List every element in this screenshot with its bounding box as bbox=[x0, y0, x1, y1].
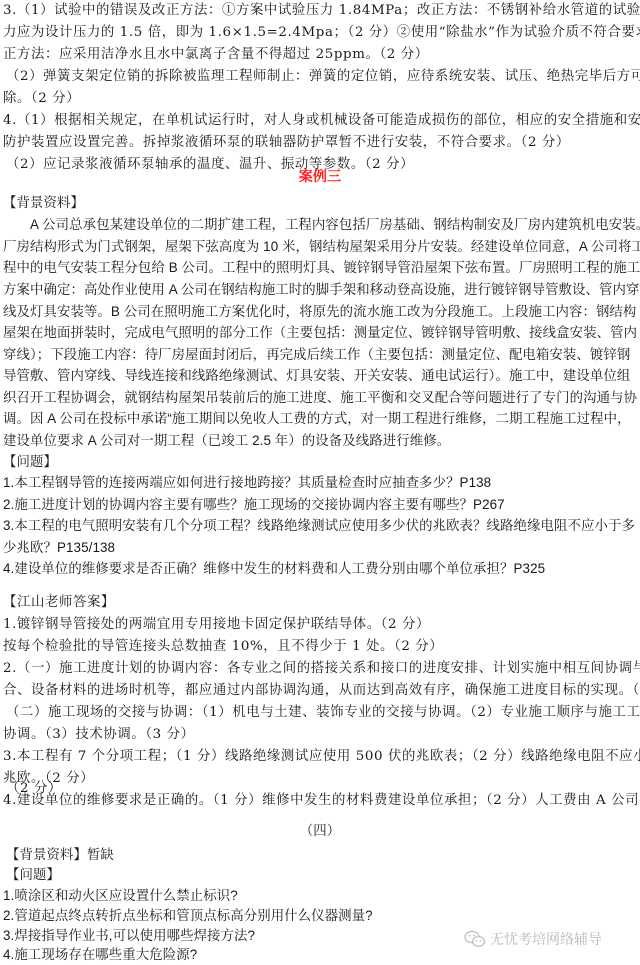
case3-questions-label: 【问题】 bbox=[3, 453, 636, 471]
case4-questions-label: 【问题】 bbox=[6, 866, 636, 884]
case3-background-line: 厂房结构形式为门式钢架，屋架下弦高度为 10 米，钢结构屋架采用分片安装。经建设… bbox=[3, 238, 636, 256]
case3-question: 少兆欧？P135/138 bbox=[3, 539, 636, 557]
case3-answer-line: 1.镀锌钢导管接处的两端宜用专用接地卡固定保护联结导体。（2 分） bbox=[3, 616, 636, 634]
case4-question: 1.喷涂区和动火区应设置什么禁止标识? bbox=[3, 887, 636, 905]
case3-answer-line: （二）施工现场的交接与协调：（1）机电与土建、装饰专业的交接与协调。（2）专业施… bbox=[6, 704, 636, 722]
case3-question: 1.本工程钢导管的连接两端应如何进行接地跨接？其质量检查时应抽查多少？P138 bbox=[3, 474, 636, 492]
case3-background-line: 穿线）；下段施工内容：待厂房屋面封闭后，再完成后续工作（主要包括：测量定位、配电… bbox=[3, 346, 636, 364]
case3-question: 3.本工程的电气照明安装有几个分项工程？线路绝缘测试应使用多少伏的兆欧表？线路绝… bbox=[3, 517, 636, 535]
answer3-line: 正方法：应采用洁净水且水中氯离子含量不得超过 25ppm。（2 分） bbox=[3, 46, 636, 64]
case3-answer-line: 按每个检验批的导管连接头总数抽查 10%，且不得少于 1 处。（2 分） bbox=[3, 638, 636, 656]
answer3-line: 3.（1）试验中的错误及改正方法：①方案中试验压力 1.84MPa；改正方法：不… bbox=[3, 2, 636, 20]
case3-question: 4.建设单位的维修要求是否正确？维修中发生的材料费和人工费分别由哪个单位承担？P… bbox=[3, 560, 636, 578]
watermark-text: 无忧考培网络辅导 bbox=[490, 929, 602, 949]
case3-background-line: A 公司总承包某建设单位的二期扩建工程，工程内容包括厂房基础、钢结构制安及厂房内… bbox=[30, 216, 636, 234]
case3-background-line: 屋架在地面拼装时，完成电气照明的部分工作（主要包括：测量定位、镀锌钢导管明敷、接… bbox=[3, 324, 636, 342]
case3-background-label: 【背景资料】 bbox=[3, 194, 636, 212]
case4-title: （四） bbox=[0, 822, 640, 840]
answer3-line: （2）弹簧支架定位销的拆除被监理工程师制止：弹簧的定位销，应待系统安装、试压、绝… bbox=[6, 68, 636, 86]
case4-background-label: 【背景资料】暂缺 bbox=[6, 846, 636, 864]
case3-background-line: 程中的电气安装工程分包给 B 公司。工程中的照明灯具、镀锌钢导管沿屋架下弦布置。… bbox=[3, 259, 636, 277]
case4-question: 2.管道起点终点转折点坐标和管顶点标高分别用什么仪器测量? bbox=[3, 907, 636, 925]
watermark: 无忧考培网络辅导 bbox=[464, 926, 602, 952]
document-page: 3.（1）试验中的错误及改正方法：①方案中试验压力 1.84MPa；改正方法：不… bbox=[0, 0, 640, 965]
answer4-line: 4.（1）根据相关规定，在单机试运行时，对人身或机械设备可能造成损伤的部位，相应… bbox=[3, 112, 636, 130]
case3-answer-line: 2.（一）施工进度计划的协调内容：各专业之间的搭接关系和接口的进度安排、计划实施… bbox=[3, 660, 636, 678]
case3-background-line: 方案中确定：高处作业使用 A 公司在钢结构施工时的脚手架和移动登高设施，进行镀锌… bbox=[3, 281, 636, 299]
case3-background-line: 调。因 A 公司在投标中承诺“施工期间以免收人工费的方式，对一期工程进行维修，二… bbox=[3, 410, 636, 428]
case3-answer-line: 合、设备材料的进场时机等，都应通过内部协调沟通，从而达到高效有序，确保施工进度目… bbox=[3, 682, 636, 700]
case3-answer-line: （2 分） bbox=[6, 780, 636, 798]
case3-background-line: 线及灯具安装等。B 公司在照明施工方案优化时，将原先的流水施工改为分段施工。上段… bbox=[3, 303, 636, 321]
wechat-icon bbox=[464, 929, 486, 949]
case3-background-line: 建设单位要求 A 公司对一期工程（已竣工 2.5 年）的设备及线路进行维修。 bbox=[3, 432, 636, 450]
case3-answer-line: 协调。（3）技术协调。（3 分） bbox=[3, 726, 636, 744]
case3-title: 案例三 bbox=[0, 168, 640, 186]
case3-background-line: 导管敷、管内穿线、导线连接和线路绝缘测试、灯具安装、开关安装、通电试运行）。施工… bbox=[3, 367, 636, 385]
case3-answer-line: 3.本工程有 7 个分项工程；（1 分）线路绝缘测试应使用 500 伏的兆欧表；… bbox=[3, 748, 636, 766]
answer3-line: 力应为设计压力的 1.5 倍，即为 1.6×1.5=2.4Mpa；（2 分）②使… bbox=[3, 24, 636, 42]
case3-background-line: 织召开工程协调会，就钢结构屋架吊装前后的施工进度、施工平衡和交叉配合等问题进行了… bbox=[3, 389, 636, 407]
answer4-line: 防护装置应设置完善。拆掉浆液循环泵的联轴器防护罩暂不进行安装，不符合要求。（2 … bbox=[3, 134, 636, 152]
answer3-line: 除。（2 分） bbox=[3, 90, 636, 108]
case3-question: 2.施工进度计划的协调内容主要有哪些？施工现场的交接协调内容主要有哪些？P267 bbox=[3, 496, 636, 514]
case3-answer-label: 【江山老师答案】 bbox=[3, 594, 636, 612]
